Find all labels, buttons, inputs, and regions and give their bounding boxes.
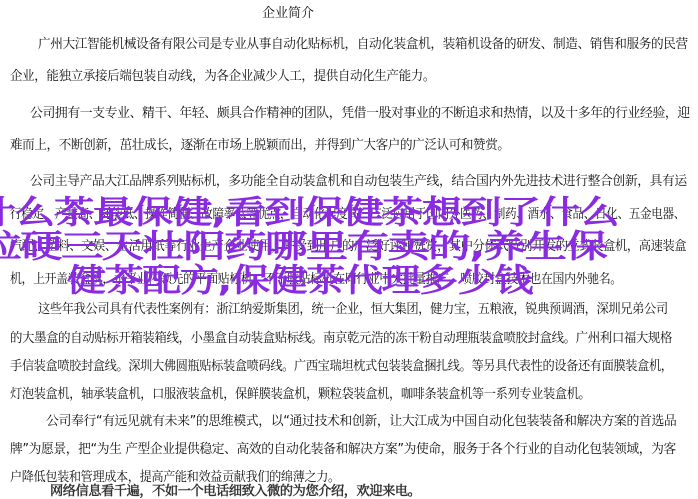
paragraph-2-line-1: 公司拥有一支专业、精干、年轻、颇具合作精神的团队，凭借一股对事业的不断追求和热情…	[30, 106, 690, 122]
paragraph-4-line-2: 的大墨盒的自动贴标开箱装箱线，小墨盒自动装盒贴标线。南京乾元浩的冻干粉自动理瓶装…	[10, 331, 672, 347]
paragraph-4-line-1: 这些年我公司具有代表性案例有：浙江纳爱斯集团，统一企业，恒大集团，健力宝，五粮液…	[38, 302, 668, 318]
page-title: 企业简介	[262, 6, 314, 22]
paragraph-2-line-2: 难而上，不断创新，茁壮成长，逐渐在市场上脱颖而出，并得到广大客户的广泛认可和赞赏…	[10, 138, 510, 154]
closing-line: 网络信息看千遍，不如一个电话细致入微的为您介绍，欢迎来电。	[50, 484, 420, 499]
paragraph-3-line-2: 行稳定、产量高、耗能低、操作简便、故障率低等优点，自动化程度高，广泛应用于国内外…	[10, 207, 685, 223]
document-page: 企业简介 广州大江智能机械设备有限公司是专业从事自动化贴标机，自动化装盒机，装箱…	[0, 0, 698, 499]
paragraph-5-line-2: 牌”为愿景，把“为生 产型企业提供稳定、高效的自动化装备和解决方案”为使命，服务…	[10, 442, 676, 458]
paragraph-3-line-3: 汽配、塑料、文娱、生活用纸等行业生产企业使用，并受到用户的广泛好评和赞赏，其中分…	[10, 239, 686, 255]
paragraph-5-line-1: 公司奉行“有远见就有未来”的思维模式，以“通过技术和创新，让大江成为中国自动化包…	[46, 414, 676, 430]
paragraph-3-line-1: 公司主导产品大江品牌系列贴标机，多功能全自动装盒机和自动包装生产线，结合国内外先…	[30, 174, 687, 190]
paragraph-3-line-4: 机，上开盖装盒机，水平业内领先的平面贴标机，不干胶贴标机在同行业中大批量推广，喷…	[10, 272, 622, 288]
paragraph-4-line-3: 手信装盒喷胶封盒线。深圳大佛圆瓶贴标装盒喷码线。广西宝瑞坦枕式包装装盒捆扎线。等…	[10, 359, 673, 375]
paragraph-4-line-4: 灯泡装盒机，轴承装盒机，口服液装盒机，保鲜膜装盒机，颗粒袋装盒机，咖啡条装盒机等…	[10, 387, 590, 403]
paragraph-1-line-2: 企业，能独立承接后端包装自动线，为各企业减少人工，提供自动化生产能力。	[10, 69, 435, 85]
paragraph-1-line-1: 广州大江智能机械设备有限公司是专业从事自动化贴标机，自动化装盒机，装箱机设备的研…	[38, 37, 688, 53]
